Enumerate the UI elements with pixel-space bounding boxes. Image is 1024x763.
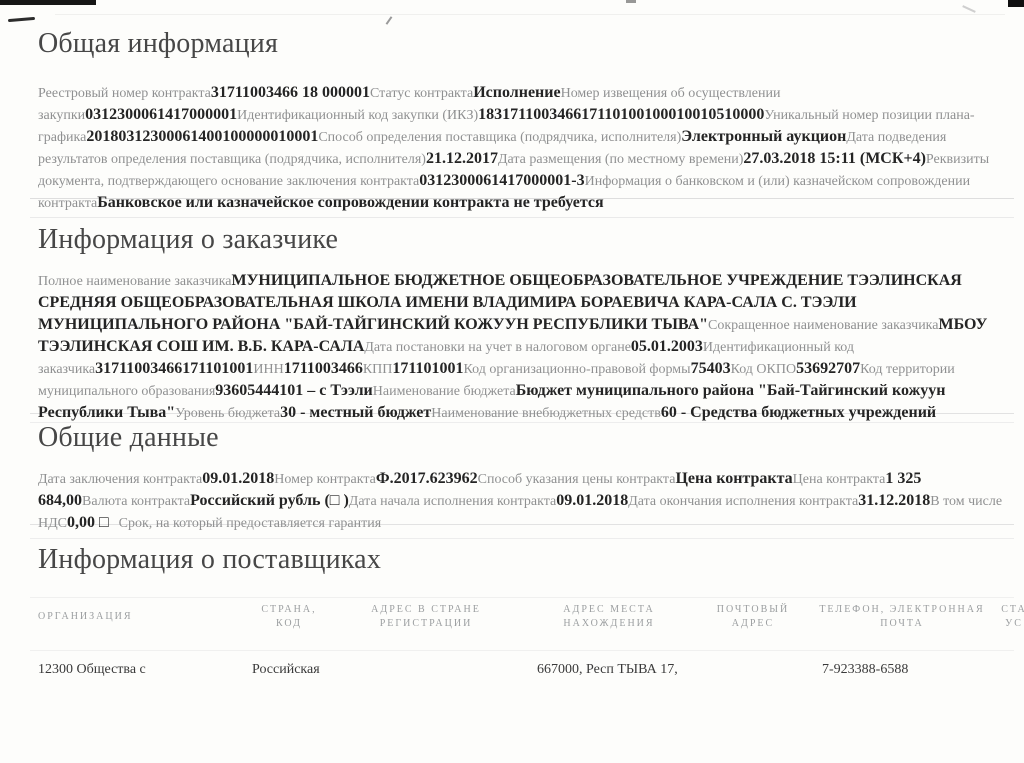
header-line: СТА [1001, 603, 1024, 617]
cell-country: Российская [252, 662, 320, 678]
scan-artifact-top-left-strip [0, 0, 96, 5]
section-general-info: Общая информация Реестровый номер контра… [38, 26, 1010, 214]
cell-location-address: 667000, Респ ТЫВА 17, [537, 662, 678, 678]
field-label: ИНН [253, 362, 283, 377]
header-line: КОД [276, 617, 302, 631]
scan-artifact-speck [386, 16, 393, 25]
fields-paragraph: Полное наименование заказчикаМУНИЦИПАЛЬН… [38, 270, 1010, 424]
section-common-data: Общие данные Дата заключения контракта09… [38, 420, 1010, 534]
field-label: Номер контракта [274, 472, 376, 487]
field-value: 53692707 [796, 360, 860, 377]
section-heading: Общие данные [38, 420, 1010, 456]
section-suppliers-info: Информация о поставщиках [38, 542, 1010, 578]
field-value: 09.01.2018 [202, 470, 274, 487]
field-value: 21.12.2017 [426, 150, 498, 167]
field-value: 31711003466171101001 [95, 360, 253, 377]
header-line: РЕГИСТРАЦИИ [380, 617, 473, 631]
field-value: 27.03.2018 15:11 (МСК+4) [743, 150, 925, 167]
field-value: 0312300061417000001-3 [419, 172, 584, 189]
field-label: Сокращенное наименование заказчика [708, 318, 938, 333]
cell-organization: 12300 Общества с [38, 662, 146, 678]
header-line: АДРЕС В СТРАНЕ [371, 603, 481, 617]
divider [30, 538, 1014, 539]
field-value: 93605444101 – с Тээли [215, 382, 373, 399]
field-label: Реестровый номер контракта [38, 86, 211, 101]
field-value: 1711003466 [284, 360, 363, 377]
scan-artifact-pen-dash [8, 17, 35, 22]
field-label: Дата постановки на учет в налоговом орга… [364, 340, 631, 355]
field-value: 75403 [691, 360, 731, 377]
header-line: ОРГАНИЗАЦИЯ [38, 610, 133, 624]
field-label: Дата начала исполнения контракта [349, 494, 556, 509]
column-header-phone-email: ТЕЛЕФОН, ЭЛЕКТРОННАЯПОЧТА [812, 600, 992, 634]
field-value: 171101001 [392, 360, 463, 377]
field-label: Дата заключения контракта [38, 472, 202, 487]
section-heading: Общая информация [38, 26, 1010, 62]
field-value: 20180312300061400100000010001 [86, 128, 318, 145]
field-value: Банковское или казначейское сопровождени… [97, 194, 603, 211]
field-label: Статус контракта [370, 86, 473, 101]
field-label: Наименование внебюджетных средств [431, 406, 661, 421]
field-label: Валюта контракта [82, 494, 190, 509]
field-value: 05.01.2003 [631, 338, 703, 355]
section-heading: Информация о заказчике [38, 222, 1010, 258]
field-value: 0312300061417000001 [85, 106, 237, 123]
header-line: НАХОЖДЕНИЯ [563, 617, 654, 631]
field-label: Наименование бюджета [373, 384, 516, 399]
field-label: Полное наименование заказчика [38, 274, 232, 289]
field-label: Код организационно-правовой формы [464, 362, 691, 377]
field-value: 09.01.2018 [556, 492, 628, 509]
header-line: АДРЕС [732, 617, 774, 631]
scan-artifact-top-center [626, 0, 636, 3]
field-value: 30 - местный бюджет [280, 404, 431, 421]
field-label: Код ОКПО [731, 362, 797, 377]
scan-artifact-top-right [1008, 0, 1024, 7]
header-line: ТЕЛЕФОН, ЭЛЕКТРОННАЯ [819, 603, 984, 617]
field-value: Электронный аукцион [681, 128, 846, 145]
field-value: Исполнение [473, 84, 560, 101]
field-label: Способ указания цены контракта [478, 472, 676, 487]
field-label: Срок, на который предоставляется гаранти… [109, 516, 382, 531]
field-value: 183171100346617110100100010010510000 [478, 106, 764, 123]
field-value: 0,00 □ [67, 514, 109, 531]
field-label: Уровень бюджета [175, 406, 280, 421]
field-label: Способ определения поставщика (подрядчик… [318, 130, 681, 145]
column-header-organization: ОРГАНИЗАЦИЯ [38, 600, 198, 634]
header-line: УС [1005, 617, 1023, 631]
column-header-postal-address: ПОЧТОВЫЙАДРЕС [700, 600, 806, 634]
header-line: СТРАНА, [261, 603, 316, 617]
field-value: 31.12.2018 [858, 492, 930, 509]
field-label: КПП [363, 362, 393, 377]
field-label: Цена контракта [793, 472, 886, 487]
column-header-registration-address: АДРЕС В СТРАНЕРЕГИСТРАЦИИ [362, 600, 490, 634]
field-value: Ф.2017.623962 [376, 470, 478, 487]
scanned-document-page: Общая информация Реестровый номер контра… [0, 0, 1024, 763]
cell-phone: 7-923388-6588 [822, 662, 908, 678]
column-header-location-address: АДРЕС МЕСТАНАХОЖДЕНИЯ [545, 600, 673, 634]
fields-paragraph: Реестровый номер контракта31711003466 18… [38, 82, 1010, 214]
field-label: Идентификационный код закупки (ИКЗ) [237, 108, 478, 123]
field-value: Цена контракта [675, 470, 792, 487]
field-label: Дата окончания исполнения контракта [628, 494, 858, 509]
section-heading: Информация о поставщиках [38, 542, 1010, 578]
header-line: ПОЧТА [880, 617, 924, 631]
divider [30, 217, 1014, 218]
column-header-country-code: СТРАНА,КОД [244, 600, 334, 634]
fields-paragraph: Дата заключения контракта09.01.2018Номер… [38, 468, 1010, 534]
header-line: АДРЕС МЕСТА [563, 603, 654, 617]
header-line: ПОЧТОВЫЙ [717, 603, 790, 617]
divider [30, 650, 1014, 651]
field-label: Дата размещения (по местному времени) [498, 152, 743, 167]
field-value: Российский рубль (□ ) [190, 492, 349, 509]
field-value: 31711003466 18 000001 [211, 84, 370, 101]
field-value: 60 - Средства бюджетных учреждений [661, 404, 936, 421]
column-header-status-truncated: СТАУС [1000, 600, 1024, 634]
scan-artifact-streak [962, 5, 976, 13]
divider [30, 597, 1014, 598]
divider [55, 14, 1005, 15]
section-customer-info: Информация о заказчике Полное наименован… [38, 222, 1010, 424]
